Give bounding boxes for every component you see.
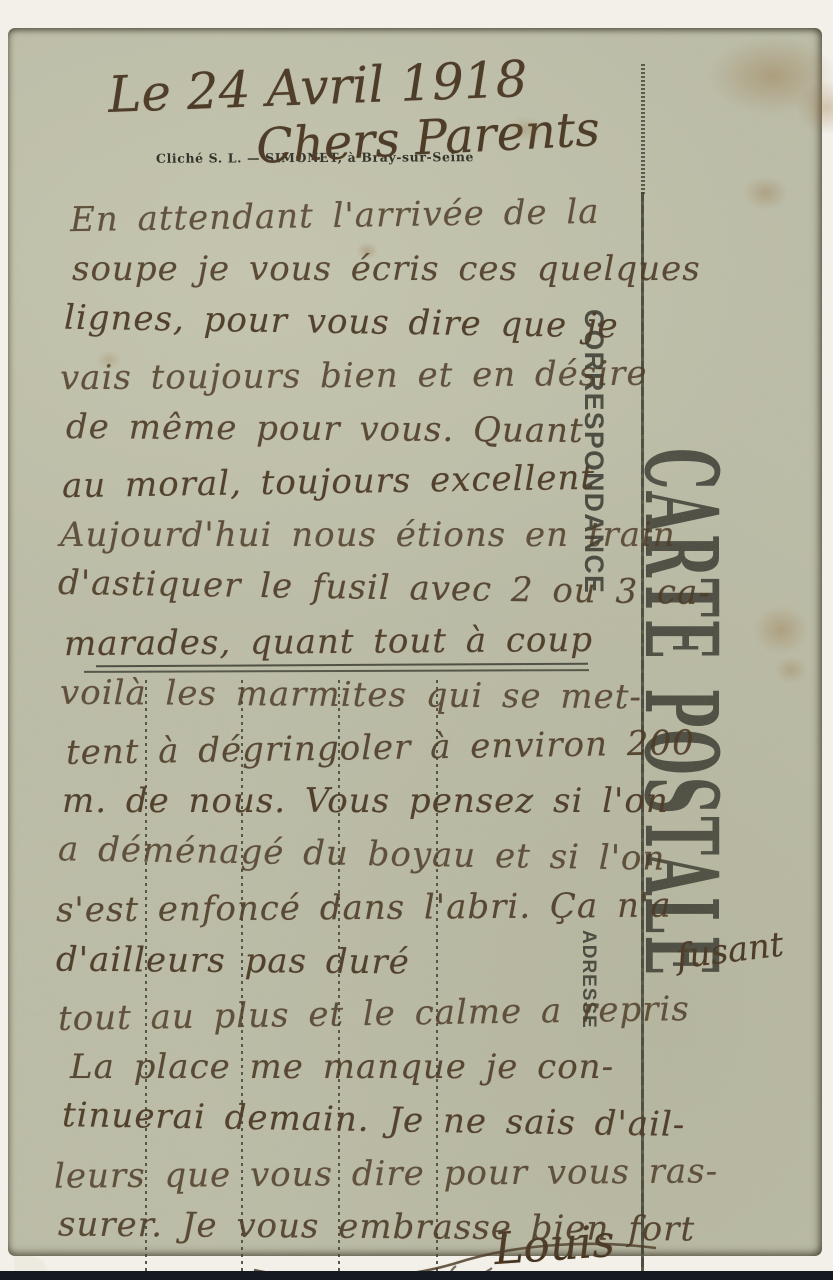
message-line: soupe je vous écris ces quelques <box>72 249 701 289</box>
edge-microprint <box>641 64 645 194</box>
foxing-stain <box>743 176 788 210</box>
message-line: tent à dégringoler à environ 200 <box>66 723 695 773</box>
foxing-stain <box>708 36 833 116</box>
center-divider-line-2 <box>84 669 589 673</box>
center-divider-line-1 <box>96 663 588 667</box>
message-line: lignes, pour vous dire que je <box>64 298 619 347</box>
message-line: d'astiquer le fusil avec 2 ou 3 ca- <box>58 563 711 613</box>
message-line: s'est enfoncé dans l'abri. Ça n'a <box>56 885 672 930</box>
message-line: m. de nous. Vous pensez si l'on <box>62 781 669 821</box>
foxing-stain <box>752 604 810 656</box>
message-line: leurs que vous dire pour vous ras- <box>54 1151 718 1196</box>
message-line: vais toujours bien et en désire <box>60 353 648 398</box>
scanner-edge-band <box>0 1271 833 1280</box>
foxing-stain <box>774 656 808 684</box>
message-line: tout au plus et le calme a repris <box>58 989 690 1039</box>
postcard-back: CARTE POSTALE CORRESPONDANCE ADRESSE Cli… <box>8 28 822 1256</box>
message-line: au moral, toujours excellent <box>62 458 596 506</box>
message-line: La place me manque je con- <box>70 1047 614 1087</box>
message-line: marades, quant tout à coup <box>64 620 593 664</box>
foxing-stain <box>796 80 833 135</box>
message-line: a déménagé du boyau et si l'on <box>58 830 666 880</box>
message-line: voilà les marmites qui se met- <box>60 673 642 718</box>
message-line: tinuerai demain. Je ne sais d'ail- <box>62 1095 686 1145</box>
message-line: d'ailleurs pas duré <box>56 939 410 982</box>
message-line: de même pour vous. Quant <box>66 407 584 451</box>
message-line: Aujourd'hui nous étions en train <box>60 515 676 555</box>
message-line: En attendant l'arrivée de la <box>70 192 600 240</box>
